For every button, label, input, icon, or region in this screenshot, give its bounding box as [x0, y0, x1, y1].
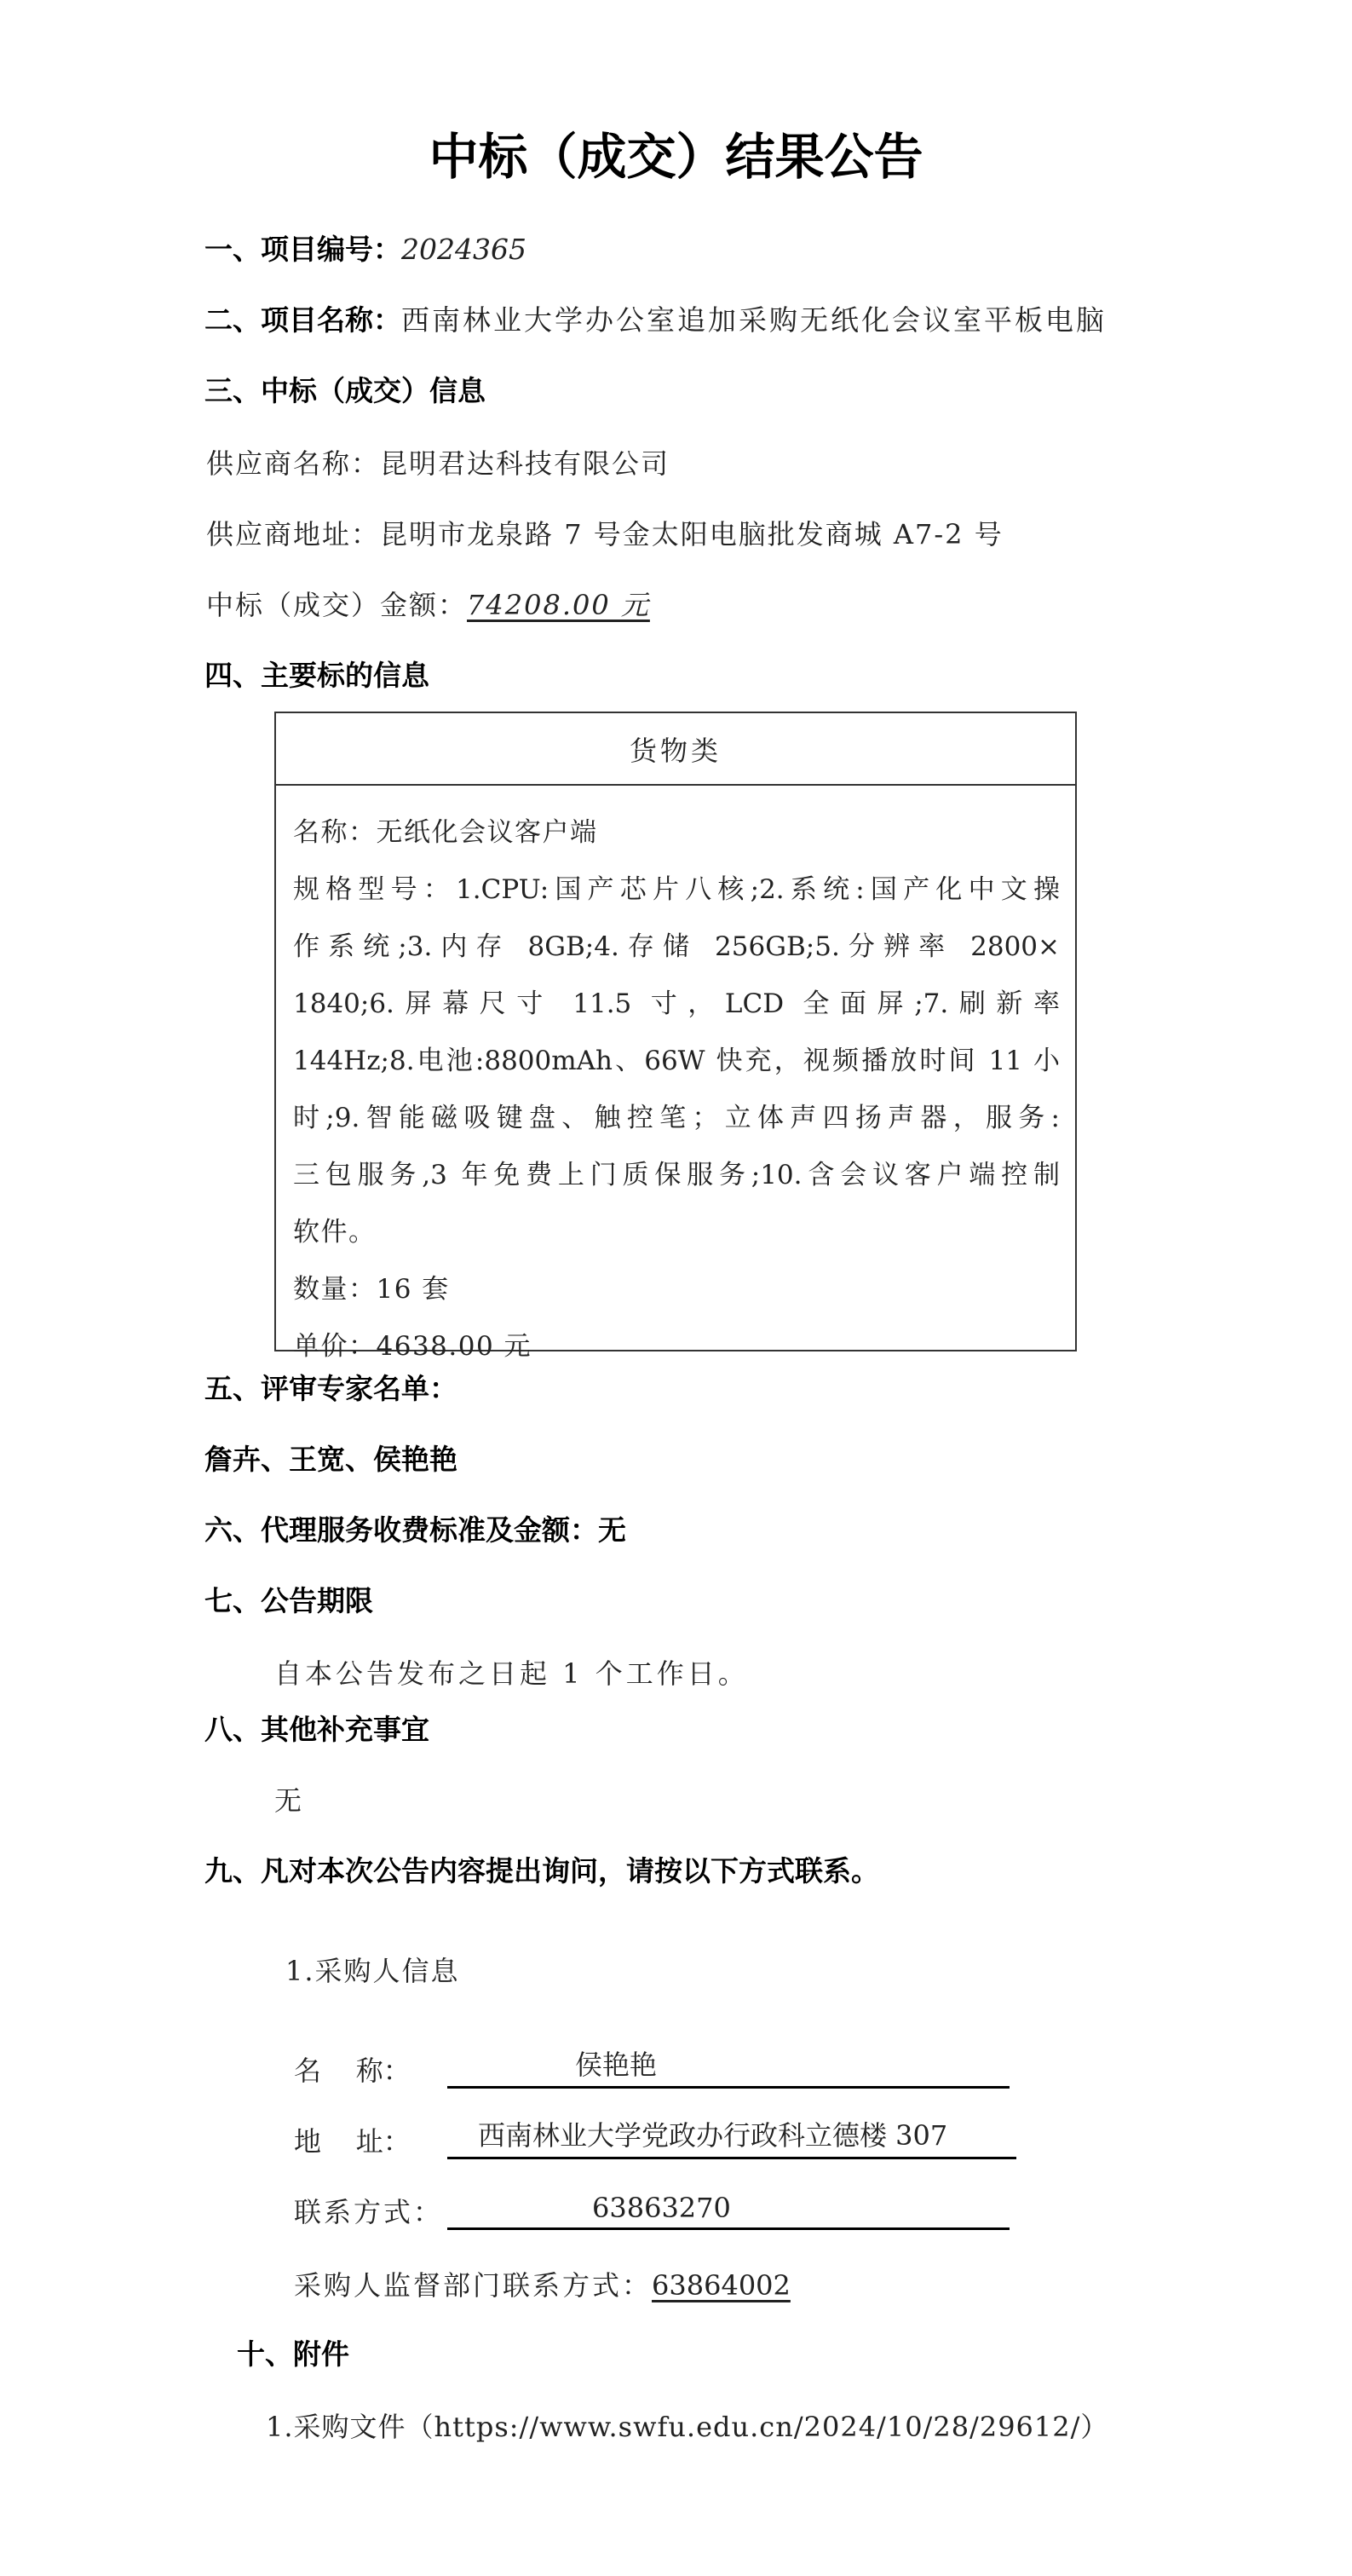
- supplier-address-line: 供应商地址：昆明市龙泉路 7 号金太阳电脑批发商城 A7-2 号: [206, 521, 1004, 548]
- award-amount-label: 中标（成交）金额：: [206, 589, 467, 621]
- purchaser-address-row: 地 址： 西南林业大学党政办行政科立德楼 307: [294, 2120, 1016, 2159]
- page-title: 中标（成交）结果公告: [0, 132, 1352, 182]
- supplier-name-label: 供应商名称：: [206, 447, 380, 480]
- unit-price-line: 单价：4638.00 元: [293, 1318, 1060, 1375]
- spec-line: 1840;6.屏幕尺寸 11.5 寸，LCD 全面屏;7.刷新率: [293, 976, 1060, 1033]
- purchaser-name-label: 名 称：: [294, 2049, 447, 2089]
- spec-line: 作系统;3.内存 8GB;4.存储 256GB;5.分辨率 2800×: [293, 919, 1060, 976]
- supervisor-contact-line: 采购人监督部门联系方式：63864002: [294, 2272, 791, 2299]
- attachment-link[interactable]: 1.采购文件（https://www.swfu.edu.cn/2024/10/2…: [266, 2413, 1108, 2441]
- section-notice-period-heading: 七、公告期限: [204, 1587, 373, 1615]
- section-contact-heading: 九、凡对本次公告内容提出询问，请按以下方式联系。: [204, 1857, 879, 1885]
- quantity-line: 数量：16 套: [293, 1261, 1060, 1318]
- section-main-item-heading: 四、主要标的信息: [204, 661, 429, 689]
- supplier-address-value: 昆明市龙泉路 7 号金太阳电脑批发商城 A7-2 号: [380, 518, 1004, 550]
- purchaser-address-label: 地 址：: [294, 2120, 447, 2159]
- notice-period-text: 自本公告发布之日起 1 个工作日。: [274, 1660, 749, 1687]
- table-body: 名称：无纸化会议客户端 规格型号：1.CPU:国产芯片八核;2.系统:国产化中文…: [276, 786, 1075, 1375]
- purchaser-info-heading: 1.采购人信息: [285, 1957, 460, 1985]
- purchaser-contact-value: 63863270: [592, 2192, 731, 2224]
- section-agency-fee: 六、代理服务收费标准及金额：无: [204, 1516, 626, 1544]
- spec-line: 软件。: [293, 1204, 1060, 1261]
- supplier-address-label: 供应商地址：: [206, 518, 380, 550]
- purchaser-contact-row: 联系方式： 63863270: [294, 2191, 1010, 2230]
- purchaser-name-value: 侯艳艳: [575, 2043, 657, 2083]
- purchaser-name-field: 侯艳艳: [447, 2052, 1010, 2089]
- section-other-matters-heading: 八、其他补充事宜: [204, 1715, 429, 1743]
- purchaser-contact-label: 联系方式：: [294, 2191, 447, 2230]
- purchaser-contact-field: 63863270: [447, 2193, 1010, 2230]
- experts-list: 詹卉、王宽、侯艳艳: [204, 1445, 457, 1473]
- purchaser-address-field: 西南林业大学党政办行政科立德楼 307: [447, 2123, 1016, 2159]
- purchaser-address-value: 西南林业大学党政办行政科立德楼 307: [478, 2114, 947, 2153]
- project-name-label: 二、项目名称：: [204, 303, 401, 337]
- spec-line: 时;9.智能磁吸键盘、触控笔；立体声四扬声器，服务:: [293, 1090, 1060, 1147]
- supervisor-contact-label: 采购人监督部门联系方式：: [294, 2269, 652, 2302]
- purchaser-name-row: 名 称： 侯艳艳: [294, 2049, 1010, 2089]
- project-number-label: 一、项目编号：: [204, 233, 401, 266]
- other-matters-text: 无: [274, 1787, 303, 1814]
- project-name-value: 西南林业大学办公室追加采购无纸化会议室平板电脑: [401, 303, 1107, 337]
- table-header-goods: 货物类: [276, 713, 1075, 786]
- award-amount-value: 74208.00 元: [467, 589, 650, 621]
- section-award-info-heading: 三、中标（成交）信息: [204, 377, 486, 405]
- section-project-name: 二、项目名称：西南林业大学办公室追加采购无纸化会议室平板电脑: [204, 306, 1107, 334]
- section-project-number: 一、项目编号：2024365: [204, 235, 526, 263]
- spec-line: 144Hz;8.电池:8800mAh、66W 快充，视频播放时间 11 小: [293, 1033, 1060, 1090]
- section-attachments-heading: 十、附件: [237, 2340, 349, 2368]
- item-name-line: 名称：无纸化会议客户端: [293, 804, 1060, 862]
- project-number-value: 2024365: [401, 233, 526, 266]
- award-amount-line: 中标（成交）金额：74208.00 元: [206, 591, 650, 619]
- spec-line: 规格型号：1.CPU:国产芯片八核;2.系统:国产化中文操: [293, 862, 1060, 919]
- item-info-table: 货物类 名称：无纸化会议客户端 规格型号：1.CPU:国产芯片八核;2.系统:国…: [274, 712, 1077, 1351]
- supervisor-contact-value: 63864002: [652, 2269, 791, 2302]
- supplier-name-line: 供应商名称：昆明君达科技有限公司: [206, 450, 670, 477]
- spec-line: 三包服务,3 年免费上门质保服务;10.含会议客户端控制: [293, 1147, 1060, 1204]
- supplier-name-value: 昆明君达科技有限公司: [380, 447, 670, 480]
- section-experts-heading: 五、评审专家名单：: [204, 1374, 457, 1403]
